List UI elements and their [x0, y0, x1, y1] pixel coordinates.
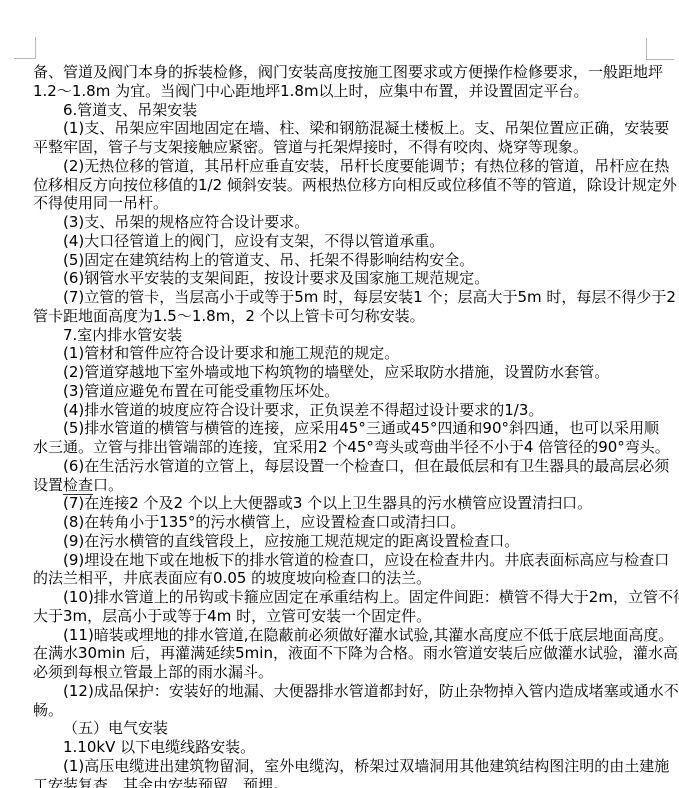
text-line: (4)大口径管道上的阀门，应设有支架，不得以管道承重。 [33, 232, 673, 251]
text-line: (6)钢管水平安装的支架间距，按设计要求及国家施工规范规定。 [33, 269, 673, 288]
text-line: 在满水30min 后，再灌满延续5min，液面不下降为合格。雨水管道安装后应做灌… [33, 644, 673, 663]
text-line: （五）电气安装 [33, 719, 673, 738]
text-line: (1)管材和管件应符合设计要求和施工规范的规定。 [33, 344, 673, 363]
text-line: 6.管道支、吊架安装 [33, 101, 673, 120]
text-segment: 口。 [93, 476, 123, 494]
text-line: 工安装复查，其余由安装预留、预埋。 [33, 776, 673, 788]
text-line: (11)暗装或埋地的排水管道,在隐蔽前必须做好灌水试验,其灌水高度应不低于底层地… [33, 626, 673, 645]
text-line: (3)管道应避免布置在可能受重物压坏处。 [33, 382, 673, 401]
text-line: 1.10kV 以下电缆线路安装。 [33, 738, 673, 757]
text-line: (10)排水管道上的吊钩或卡箍应固定在承重结构上。固定件间距：横管不得大于2m，… [33, 588, 673, 607]
text-line: (1)高压电缆进出建筑物留洞，室外电缆沟，桥架过双墙洞用其他建筑结构图注明的由土… [33, 757, 673, 776]
underlined-text: 检查 [63, 476, 93, 495]
text-line: (8)在转角小于135°的污水横管上，应设置检查口或清扫口。 [33, 513, 673, 532]
text-line: (6)在生活污水管道的立管上，每层设置一个检查口，但在最低层和有卫生器具的最高层… [33, 457, 673, 476]
text-block: 备、管道及阀门本身的拆装检修，阀门安装高度按施工图要求或方便操作检修要求，一般距… [33, 63, 673, 788]
text-line: (5)固定在建筑结构上的管道支、吊、托架不得影响结构安全。 [33, 251, 673, 270]
text-line: (2)无热位移的管道，其吊杆应垂直安装，吊杆长度要能调节；有热位移的管道，吊杆应… [33, 157, 673, 176]
text-line: (4)排水管道的坡度应符合设计要求，正负误差不得超过设计要求的1/3。 [33, 401, 673, 420]
text-line: 必须到每根立管最上部的雨水漏斗。 [33, 663, 673, 682]
text-line: (2)管道穿越地下室外墙或地下构筑物的墙壁处，应采取防水措施，设置防水套管。 [33, 363, 673, 382]
text-line: 平整牢固，管子与支架接触应紧密。管道与托架焊接时，不得有咬肉、烧穿等现象。 [33, 138, 673, 157]
text-line: 不得使用同一吊杆。 [33, 194, 673, 213]
text-line: 大于3m，层高小于或等于4m 时，立管可安装一个固定件。 [33, 607, 673, 626]
text-line: 1.2～1.8m 为宜。当阀门中心距地坪1.8m以上时，应集中布置，并设置固定平… [33, 82, 673, 101]
text-line: 水三通。立管与排出管端部的连接，宜采用2 个45°弯头或弯曲半径不小于4 倍管径… [33, 438, 673, 457]
text-line: 备、管道及阀门本身的拆装检修，阀门安装高度按施工图要求或方便操作检修要求，一般距… [33, 63, 673, 82]
margin-crop-mark-top-left [14, 37, 36, 59]
text-segment: 设置 [33, 476, 63, 494]
text-line: 位移相反方向按位移值的1/2 倾斜安装。两根热位移方向相反或位移值不等的管道，除… [33, 176, 673, 195]
text-line: (12)成品保护：安装好的地漏、大便器排水管道都封好，防止杂物掉入管内造成堵塞或… [33, 682, 673, 701]
text-line: 7.室内排水管安装 [33, 326, 673, 345]
text-line: (7)在连接2 个及2 个以上大便器或3 个以上卫生器具的污水横管应设置清扫口。 [33, 494, 673, 513]
text-line: (9)埋设在地下或在地板下的排水管道的检查口，应设在检查井内。井底表面标高应与检… [33, 551, 673, 570]
text-line: (1)支、吊架应牢固地固定在墙、柱、梁和钢筋混凝土楼板上。支、吊架位置应正确，安… [33, 119, 673, 138]
text-line: 畅。 [33, 701, 673, 720]
margin-crop-mark-top-right [646, 38, 674, 60]
text-line: (5)排水管道的横管与横管的连接，应采用45°三通或45°四通和90°斜四通，也… [33, 419, 673, 438]
text-line: 的法兰相平，井底表面应有0.05 的坡度坡向检查口的法兰。 [33, 569, 673, 588]
text-line: 设置检查口。 [33, 476, 673, 495]
text-line: 管卡距地面高度为1.5～1.8m，2 个以上管卡可匀称安装。 [33, 307, 673, 326]
document-page: 备、管道及阀门本身的拆装检修，阀门安装高度按施工图要求或方便操作检修要求，一般距… [0, 0, 679, 788]
text-line: (7)立管的管卡，当层高小于或等于5m 时，每层安装1 个；层高大于5m 时，每… [33, 288, 673, 307]
text-line: (3)支、吊架的规格应符合设计要求。 [33, 213, 673, 232]
text-line: (9)在污水横管的直线管段上，应按施工规范规定的距离设置检查口。 [33, 532, 673, 551]
